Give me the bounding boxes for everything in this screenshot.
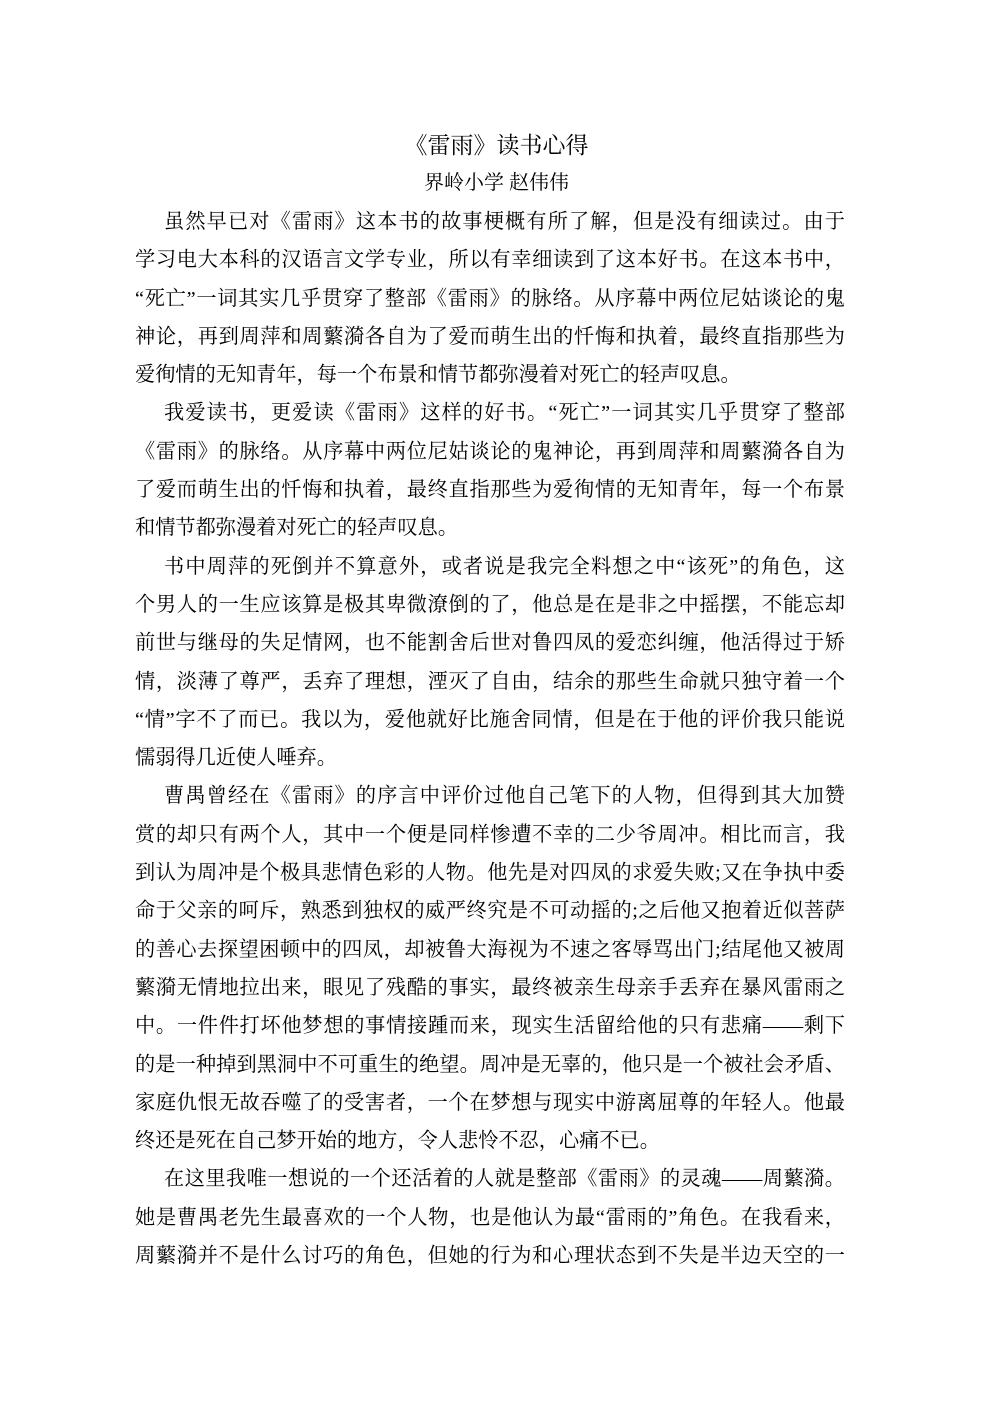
text-line: 虽然早已对《雷雨》这本书的故事梗概有所了解，但是没有细读过。由于 [135, 203, 845, 241]
document-body: 虽然早已对《雷雨》这本书的故事梗概有所了解，但是没有细读过。由于学习电大本科的汉… [135, 203, 845, 1275]
text-line: 书中周萍的死倒并不算意外，或者说是我完全料想之中“该死”的角色，这 [135, 548, 845, 586]
document-page: 《雷雨》读书心得 界岭小学 赵伟伟 虽然早已对《雷雨》这本书的故事梗概有所了解，… [0, 0, 993, 1404]
text-line: 命于父亲的呵斥，熟悉到独权的威严终究是不可动摇的;之后他又抱着近似菩萨 [135, 892, 845, 930]
text-line: 前世与继母的失足情网，也不能割舍后世对鲁四凤的爱恋纠缠，他活得过于矫 [135, 624, 845, 662]
text-line: 《雷雨》的脉络。从序幕中两位尼姑谈论的鬼神论，再到周萍和周蘩漪各自为 [135, 433, 845, 471]
text-line: 了爱而萌生出的忏悔和执着，最终直指那些为爱徇情的无知青年，每一个布景 [135, 471, 845, 509]
text-line: 在这里我唯一想说的一个还活着的人就是整部《雷雨》的灵魂——周蘩漪。 [135, 1160, 845, 1198]
text-line: 到认为周冲是个极具悲情色彩的人物。他先是对四凤的求爱失败;又在争执中委 [135, 854, 845, 892]
text-line: 个男人的一生应该算是极其卑微潦倒的了，他总是在是非之中摇摆，不能忘却 [135, 586, 845, 624]
text-line: 周蘩漪并不是什么讨巧的角色，但她的行为和心理状态到不失是半边天空的一 [135, 1237, 845, 1275]
text-line: 中。一件件打坏他梦想的事情接踵而来，现实生活留给他的只有悲痛——剩下 [135, 1007, 845, 1045]
text-line: 懦弱得几近使人唾弃。 [135, 739, 845, 777]
text-line: 爱徇情的无知青年，每一个布景和情节都弥漫着对死亡的轻声叹息。 [135, 356, 845, 394]
doc-author: 界岭小学 赵伟伟 [0, 165, 993, 201]
text-line: “死亡”一词其实几乎贯穿了整部《雷雨》的脉络。从序幕中两位尼姑谈论的鬼 [135, 280, 845, 318]
text-line: 终还是死在自己梦开始的地方，令人悲怜不忍，心痛不已。 [135, 1122, 845, 1160]
text-line: 曹禺曾经在《雷雨》的序言中评价过他自己笔下的人物，但得到其大加赞 [135, 777, 845, 815]
text-line: 她是曹禺老先生最喜欢的一个人物，也是他认为最“雷雨的”角色。在我看来， [135, 1199, 845, 1237]
text-line: 赏的却只有两个人，其中一个便是同样惨遭不幸的二少爷周冲。相比而言，我 [135, 816, 845, 854]
text-line: 学习电大本科的汉语言文学专业，所以有幸细读到了这本好书。在这本书中， [135, 241, 845, 279]
text-line: 和情节都弥漫着对死亡的轻声叹息。 [135, 509, 845, 547]
text-line: 家庭仇恨无故吞噬了的受害者，一个在梦想与现实中游离屈尊的年轻人。他最 [135, 1084, 845, 1122]
text-line: 神论，再到周萍和周蘩漪各自为了爱而萌生出的忏悔和执着，最终直指那些为 [135, 318, 845, 356]
text-line: 的是一种掉到黑洞中不可重生的绝望。周冲是无辜的，他只是一个被社会矛盾、 [135, 1046, 845, 1084]
doc-title: 《雷雨》读书心得 [0, 127, 993, 165]
text-line: “情”字不了而已。我以为，爱他就好比施舍同情，但是在于他的评价我只能说 [135, 701, 845, 739]
text-line: 我爱读书，更爱读《雷雨》这样的好书。“死亡”一词其实几乎贯穿了整部 [135, 394, 845, 432]
text-line: 的善心去探望困顿中的四凤，却被鲁大海视为不速之客辱骂出门;结尾他又被周 [135, 931, 845, 969]
text-line: 蘩漪无情地拉出来，眼见了残酷的事实，最终被亲生母亲手丢弃在暴风雷雨之 [135, 969, 845, 1007]
text-line: 情，淡薄了尊严，丢弃了理想，湮灭了自由，结余的那些生命就只独守着一个 [135, 663, 845, 701]
